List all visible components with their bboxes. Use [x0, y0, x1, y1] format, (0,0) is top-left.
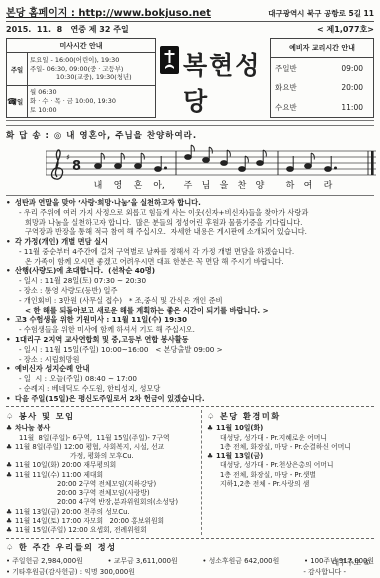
catechumen-class-label: 수요반 [271, 97, 318, 117]
announcement-line: • 성탄과 연말을 맞아 ‘사랑·희망·나눔’을 실천하고자 합니다. [6, 198, 374, 208]
club-bullet-icon: ♣ [6, 517, 15, 526]
meeting-line: ♣ 11월 14일(토) 17:00 자모회 20:00 홍보위원회 [6, 517, 198, 526]
meeting-text: 11월 8일(주일)- 6구역, 11월 15일(주일)- 7구역 [19, 434, 170, 443]
divider [6, 120, 374, 121]
offering-item: • 성소후원금 642,000원 [202, 555, 279, 565]
announcement-line: - 일시 : 11월 28일(토) 07:30 ~ 20:30 [6, 276, 374, 286]
svg-text:아,: 아, [153, 179, 165, 191]
catechumen-class-time: 11:00 [317, 97, 373, 117]
announcement-text: 1대리구 2지역 교사연합회 및 중,고등부 연합 봉사활동 [15, 335, 189, 345]
svg-text:8: 8 [72, 159, 81, 174]
svg-text:내: 내 [94, 179, 103, 191]
bulletin-page: 본당 홈페이지 : http://www.bokjuso.net 대구광역시 북… [0, 0, 380, 578]
announcement-line: - 개인회비 : 3만원 (사무실 접수) * 조,중식 및 간식은 개인 준비 [6, 296, 374, 306]
announcement-text: 희망과 나눔을 실천하고자 합니다. 많은 분들의 정성어린 후원과 물품기증을… [25, 218, 302, 228]
parish-brand: 복현성당 [160, 38, 266, 118]
svg-text:여: 여 [304, 179, 313, 191]
announcement-line: 희망과 나눔을 실천하고자 합니다. 많은 분들의 정성어린 후원과 물품기증을… [6, 218, 374, 228]
announcements-list: • 성탄과 연말을 맞아 ‘사랑·희망·나눔’을 실천하고자 합니다. - 우리… [6, 198, 374, 403]
meeting-line: 11월 8일(주일)- 6구역, 11월 15일(주일)- 7구역 [6, 434, 198, 443]
meeting-line: 20:00 3구역 전체모임(사랑방) [6, 489, 198, 498]
meeting-line: ♣ 11월 15일(주일) 12:00 요셉회, 전례위원회 [6, 526, 198, 535]
score-lyrics: 내 영 혼 아, 주 님 을 찬 양 하 여 라 [94, 179, 333, 191]
svg-text:혼: 혼 [134, 179, 143, 191]
announcement-line: 온 가족이 함께 오시면 좋겠고 어려우시면 대표 한분은 꼭 면담 해 주시기… [6, 257, 374, 267]
offerings-section: ♤ 한 주간 우리들의 정성 • 주일헌금 2,984,000원 • 교무금 3… [6, 542, 374, 576]
svg-text:찬: 찬 [238, 179, 247, 191]
announcement-text: - 우리 주위에 여러 가지 사정으로 외롭고 힘들게 사는 이웃(신자+비신자… [19, 208, 308, 218]
announcement-line: • 다음 주일(15일)은 평신도주일로서 2차 헌금이 있겠습니다. [6, 394, 374, 404]
environment-line: 1층 전체, 화장실, 마당 - Pr.샛별 [207, 471, 374, 480]
announcement-text: 성탄과 연말을 맞아 ‘사랑·희망·나눔’을 실천하고자 합니다. [15, 198, 201, 208]
offerings-title: 한 주간 우리들의 정성 [19, 542, 117, 553]
announcement-text: - 일시 : 11월 15일(주일) 10:00~16:00 < 본당출발 09… [19, 345, 223, 355]
environment-line: ♣ 11월 10일(화) [207, 424, 374, 433]
meeting-text: 20:00 3구역 전체모임(사랑방) [57, 489, 150, 498]
club-bullet-icon: ♣ [6, 508, 15, 517]
mass-table-title: 미사시간 안내 [7, 39, 156, 53]
announcement-line: < 한 해를 되돌아보고 새로운 해를 계획하는 좋은 시간이 되기를 바랍니다… [6, 306, 374, 316]
mass-time-line: 화 · 수 · 목 · 금 10:00, 19:30 [30, 97, 153, 106]
meeting-line: 20:00 2구역 전체모임(지하강당) [6, 480, 198, 489]
divider [6, 195, 374, 196]
announcement-text: 고3 수험생을 위한 기원미사 : 11월 11일(수) 19:30 [15, 315, 187, 325]
announcement-line: - 일 시 : 오늘(주일) 08:40 ~ 17:00 [6, 374, 374, 384]
offering-item: • 기타후원금(감사헌금) : 익명 300,000원 [6, 566, 135, 576]
announcement-text: 다음 주일(15일)은 평신도주일로서 2차 헌금이 있겠습니다. [15, 394, 205, 404]
meeting-line: ♣ 11월 13일(금) 20:00 천주의 성모Cu. [6, 508, 198, 517]
environment-text: 11월 10일(화) [216, 424, 263, 433]
svg-text:하: 하 [286, 179, 295, 191]
environment-line: 지하1,2층 전체 - Pr.사랑의 샘 [207, 480, 374, 489]
announcement-text: - 개인회비 : 3만원 (사무실 접수) * 조,중식 및 간식은 개인 준비 [19, 296, 223, 306]
announcement-text: 각 가정(개인) 개별 면담 실시 [15, 237, 108, 247]
environment-text: 대성당, 성가대 - Pr.지혜로운 어머니 [220, 434, 327, 443]
meeting-text: 11월 11일(수) 11:00 제대회 [15, 471, 103, 480]
svg-text:주: 주 [184, 180, 193, 191]
meeting-text: 11월 14일(토) 17:00 자모회 20:00 홍보위원회 [15, 517, 164, 526]
svg-text:님: 님 [202, 179, 211, 191]
announcement-text: - 수험생들을 위한 미사에 함께 하셔서 기도 해 주십시오. [19, 325, 195, 335]
announcement-text: - 일 시 : 오늘(주일) 08:40 ~ 17:00 [19, 374, 137, 384]
mass-schedule-table: 미사시간 안내 주일 토요일 - 16:00(어린이), 19:30 주일- 0… [6, 38, 156, 118]
music-score: ♯ 8 [46, 143, 374, 193]
environment-line: 1층 전체, 화장실, 마당 - Pr.순결하신 어머니 [207, 443, 374, 452]
meeting-text: 20:00 4구역 반장,분과위원회의(소성당) [57, 498, 178, 507]
parish-name: 복현성당 [183, 46, 266, 118]
bullet-icon: • [6, 335, 15, 345]
announcement-text: - 11월 중순부터 4주간에 걸쳐 구역별로 날짜를 정해서 각 가정 개별 … [19, 247, 294, 257]
announcement-line: - 순례지 : 베네딕도 수도원, 한티성지, 성모당 [6, 384, 374, 394]
mass-weekday-times: 월 06:30 화 · 수 · 목 · 금 10:00, 19:30 토 10:… [28, 85, 156, 117]
meeting-text: 11월 13일(금) 20:00 천주의 성모Cu. [15, 508, 130, 517]
environment-list: ♣ 11월 10일(화) 대성당, 성가대 - Pr.지혜로운 어머니 1층 전… [207, 424, 374, 489]
svg-text:♯: ♯ [66, 153, 70, 162]
phone-icon: ☎ [7, 97, 17, 106]
meeting-text: 가정, 평화의 모후Cu. [70, 452, 134, 461]
offering-item: • 주일헌금 2,984,000원 [6, 555, 83, 565]
announcement-text: 산행(사량도)에 초대합니다. (선착순 40명) [15, 266, 155, 276]
environment-line: 대성당, 성가대 - Pr.지혜로운 어머니 [207, 434, 374, 443]
announcement-line: 구역장과 반장을 통해 적극 참여 해 주십시오. 자세한 내용은 게시판에 소… [6, 227, 374, 237]
meeting-text: 차나눔 봉사 [15, 424, 50, 433]
mass-time-line: 월 06:30 [30, 88, 153, 97]
club-bullet-icon: ♣ [207, 452, 216, 461]
catechumen-schedule-table: 예비자 교리시간 안내 주일반 09:00 화요반 20:00 수요반 11:0… [270, 38, 374, 118]
meeting-line: 가정, 평화의 모후Cu. [6, 452, 198, 461]
section-divider [6, 538, 374, 539]
announcement-line: • 고3 수험생을 위한 기원미사 : 11월 11일(수) 19:30 [6, 315, 374, 325]
spade-icon: ♤ [6, 411, 15, 421]
announcement-line: • 각 가정(개인) 개별 면담 실시 [6, 237, 374, 247]
environment-text: 대성당, 성가대 - Pr.천상은총의 어머니 [220, 461, 334, 470]
club-bullet-icon: ♣ [6, 471, 15, 480]
mass-time-line: 토요일 - 16:00(어린이), 19:30 [30, 56, 153, 65]
issue-number: < 제1,077호> [317, 24, 374, 35]
announcement-line: - 장소 : 통영 사량도(등반) 일주 [6, 286, 374, 296]
environment-line: 대성당, 성가대 - Pr.천상은총의 어머니 [207, 461, 374, 470]
environment-text: 지하1,2층 전체 - Pr.사랑의 샘 [220, 480, 309, 489]
club-bullet-icon: ♣ [6, 443, 15, 452]
mass-row-label-sunday: 주일 [7, 53, 28, 85]
divider [6, 21, 374, 22]
bullet-icon: • [6, 266, 15, 276]
announcement-text: 구역장과 반장을 통해 적극 참여 해 주십시오. 자세한 내용은 게시판에 소… [25, 227, 307, 237]
environment-title: 본당 환경미화 [220, 411, 281, 422]
masthead-boxes: 미사시간 안내 주일 토요일 - 16:00(어린이), 19:30 주일- 0… [6, 38, 374, 118]
offering-item: • 교무금 3,611,000원 [108, 555, 178, 565]
svg-text:영: 영 [114, 179, 123, 191]
catechumen-class-label: 주일반 [271, 58, 318, 78]
meeting-text: 20:00 2구역 전체모임(지하강당) [57, 480, 156, 489]
announcement-line: - 일시 : 11월 15일(주일) 10:00~16:00 < 본당출발 09… [6, 345, 374, 355]
meeting-line: ♣ 11월 8일(주일) 12:00 평협, 사회복지, 시설, 선교 [6, 443, 198, 452]
meeting-text: 11월 15일(주일) 12:00 요셉회, 전례위원회 [15, 526, 147, 535]
club-bullet-icon: ♣ [207, 424, 216, 433]
meeting-line: ♣ 11월 11일(수) 11:00 제대회 [6, 471, 198, 480]
svg-text:을: 을 [220, 180, 229, 191]
section-divider [6, 406, 374, 407]
announcement-text: - 장소 : 통영 사량도(등반) 일주 [19, 286, 117, 296]
environment-section: ♤ 본당 환경미화 ♣ 11월 10일(화) 대성당, 성가대 - Pr.지혜로… [201, 410, 374, 535]
catechumen-class-time: 20:00 [317, 78, 373, 97]
issue-date: 2015. 11. 8 연중 제 32 주일 [6, 24, 129, 35]
bullet-icon: • [6, 198, 15, 208]
meeting-line: 20:00 4구역 반장,분과위원회의(소성당) [6, 498, 198, 507]
club-bullet-icon: ♣ [6, 424, 15, 433]
meeting-line: ♣ 11월 10일(화) 20:00 재무평의회 [6, 461, 198, 470]
mass-sunday-times: 토요일 - 16:00(어린이), 19:30 주일- 06:30, 09:00… [28, 53, 156, 85]
bottom-columns: ♤ 봉사 및 모임 ♣ 차나눔 봉사 11월 8일(주일)- 6구역, 11월 … [6, 410, 374, 535]
bullet-icon: • [6, 364, 15, 374]
announcement-line: - 장소 : 시립희망원 [6, 355, 374, 365]
spade-icon: ♤ [6, 542, 15, 552]
environment-text: 1층 전체, 화장실, 마당 - Pr.순결하신 어머니 [220, 443, 351, 452]
club-bullet-icon: ♣ [6, 526, 15, 535]
environment-line: ♣ 11월 13일(금) [207, 452, 374, 461]
announcement-text: - 장소 : 시립희망원 [19, 355, 79, 365]
parish-seal-icon [160, 46, 179, 76]
bullet-icon: • [6, 237, 15, 247]
responsorial-psalm-line: 화 답 송 : ◎ 내 영혼아, 주님을 찬양하여라. [6, 129, 374, 141]
bullet-icon: • [6, 394, 15, 404]
mass-time-line: 토 10:00 [30, 106, 153, 115]
divider [6, 125, 374, 126]
mass-time-line: 10:30(교중), 19:30(청년) [30, 73, 153, 82]
meeting-text: 11월 8일(주일) 12:00 평협, 사회복지, 시설, 선교 [15, 443, 164, 452]
announcement-text: < 한 해를 되돌아보고 새로운 해를 계획하는 좋은 시간이 되기를 바랍니다… [25, 306, 269, 316]
meetings-list: ♣ 차나눔 봉사 11월 8일(주일)- 6구역, 11월 15일(주일)- 7… [6, 424, 198, 535]
catechumen-class-time: 09:00 [317, 58, 373, 78]
announcement-line: • 산행(사량도)에 초대합니다. (선착순 40명) [6, 266, 374, 276]
footer-bulletin-label: 대구주보 ⑤ [332, 557, 370, 568]
svg-text:양: 양 [256, 179, 265, 191]
announcement-line: • 예비신자 성지순례 안내 [6, 364, 374, 374]
catechumen-table-title: 예비자 교리시간 안내 [271, 39, 374, 58]
homepage-link[interactable]: 본당 홈페이지 : http://www.bokjuso.net [6, 4, 211, 19]
club-bullet-icon: ♣ [6, 461, 15, 470]
announcement-text: - 일시 : 11월 28일(토) 07:30 ~ 20:30 [19, 276, 146, 286]
parish-address: 대구광역시 북구 공항로 5길 11 [268, 8, 374, 19]
meeting-text: 11월 10일(화) 20:00 재무평의회 [15, 461, 116, 470]
meetings-section: ♤ 봉사 및 모임 ♣ 차나눔 봉사 11월 8일(주일)- 6구역, 11월 … [6, 410, 201, 535]
environment-text: 11월 13일(금) [216, 452, 263, 461]
announcement-text: 온 가족이 함께 오시면 좋겠고 어려우시면 대표 한분은 꼭 면담 해 주시기… [25, 257, 284, 267]
catechumen-class-label: 화요반 [271, 78, 318, 97]
announcement-line: - 11월 중순부터 4주간에 걸쳐 구역별로 날짜를 정해서 각 가정 개별 … [6, 247, 374, 257]
environment-text: 1층 전체, 화장실, 마당 - Pr.샛별 [220, 471, 316, 480]
meeting-line: ♣ 차나눔 봉사 [6, 424, 198, 433]
meetings-title: 봉사 및 모임 [19, 411, 75, 422]
announcement-text: 예비신자 성지순례 안내 [15, 364, 89, 374]
announcement-line: • 1대리구 2지역 교사연합회 및 중,고등부 연합 봉사활동 [6, 335, 374, 345]
announcement-line: - 수험생들을 위한 미사에 함께 하셔서 기도 해 주십시오. [6, 325, 374, 335]
spade-icon: ♤ [207, 411, 216, 421]
svg-text:라: 라 [324, 179, 333, 191]
bullet-icon: • [6, 315, 15, 325]
announcement-text: - 순례지 : 베네딕도 수도원, 한티성지, 성모당 [19, 384, 160, 394]
announcement-line: - 우리 주위에 여러 가지 사정으로 외롭고 힘들게 사는 이웃(신자+비신자… [6, 208, 374, 218]
